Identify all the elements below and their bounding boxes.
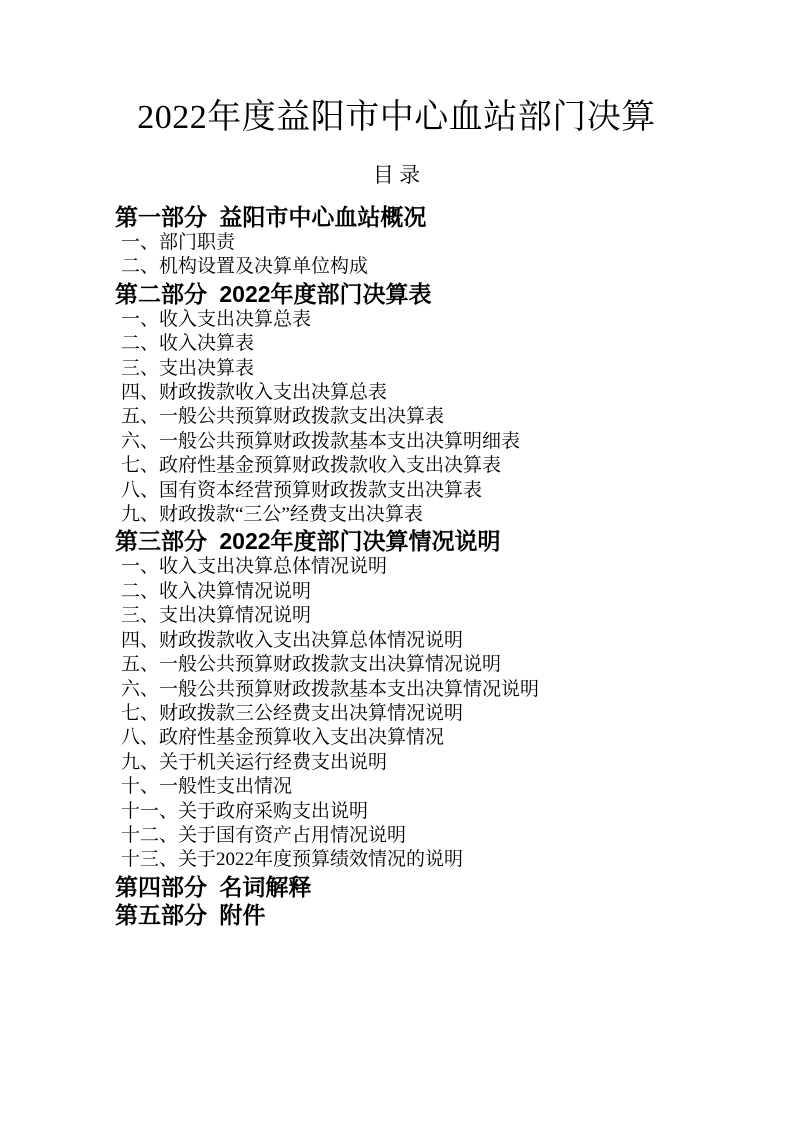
toc-item: 六、一般公共预算财政拨款基本支出决算明细表 — [115, 430, 753, 454]
toc-item: 一、收入支出决算总表 — [115, 308, 753, 332]
toc-item: 一、收入支出决算总体情况说明 — [115, 555, 753, 579]
toc-heading: 目 录 — [0, 162, 793, 188]
toc-section-heading-5: 第五部分 附件 — [115, 901, 753, 929]
toc-item: 一、部门职责 — [115, 231, 753, 255]
toc-item: 八、政府性基金预算收入支出决算情况 — [115, 726, 753, 750]
toc-item: 七、财政拨款三公经费支出决算情况说明 — [115, 702, 753, 726]
toc-section-heading-1: 第一部分 益阳市中心血站概况 — [115, 203, 753, 231]
toc-item: 四、财政拨款收入支出决算总体情况说明 — [115, 629, 753, 653]
document-page: 2022年度益阳市中心血站部门决算 目 录 第一部分 益阳市中心血站概况 一、部… — [0, 0, 793, 1122]
toc-section-heading-3: 第三部分 2022年度部门决算情况说明 — [115, 527, 753, 555]
toc-section-heading-4: 第四部分 名词解释 — [115, 873, 753, 901]
toc-item: 九、关于机关运行经费支出说明 — [115, 751, 753, 775]
table-of-contents: 第一部分 益阳市中心血站概况 一、部门职责 二、机构设置及决算单位构成 第二部分… — [0, 203, 793, 929]
toc-item: 二、机构设置及决算单位构成 — [115, 255, 753, 279]
toc-item: 十一、关于政府采购支出说明 — [115, 800, 753, 824]
document-title: 2022年度益阳市中心血站部门决算 — [0, 98, 793, 138]
toc-item: 二、收入决算表 — [115, 332, 753, 356]
toc-item: 五、一般公共预算财政拨款支出决算表 — [115, 405, 753, 429]
toc-item: 十二、关于国有资产占用情况说明 — [115, 824, 753, 848]
toc-item: 二、收入决算情况说明 — [115, 580, 753, 604]
toc-item: 十三、关于2022年度预算绩效情况的说明 — [115, 848, 753, 872]
toc-item: 七、政府性基金预算财政拨款收入支出决算表 — [115, 454, 753, 478]
toc-section-heading-2: 第二部分 2022年度部门决算表 — [115, 280, 753, 308]
toc-item: 五、一般公共预算财政拨款支出决算情况说明 — [115, 653, 753, 677]
toc-item: 四、财政拨款收入支出决算总表 — [115, 381, 753, 405]
toc-item: 十、一般性支出情况 — [115, 775, 753, 799]
toc-item: 八、国有资本经营预算财政拨款支出决算表 — [115, 479, 753, 503]
toc-item: 六、一般公共预算财政拨款基本支出决算情况说明 — [115, 678, 753, 702]
toc-item: 九、财政拨款“三公”经费支出决算表 — [115, 503, 753, 527]
toc-item: 三、支出决算表 — [115, 357, 753, 381]
toc-item: 三、支出决算情况说明 — [115, 604, 753, 628]
